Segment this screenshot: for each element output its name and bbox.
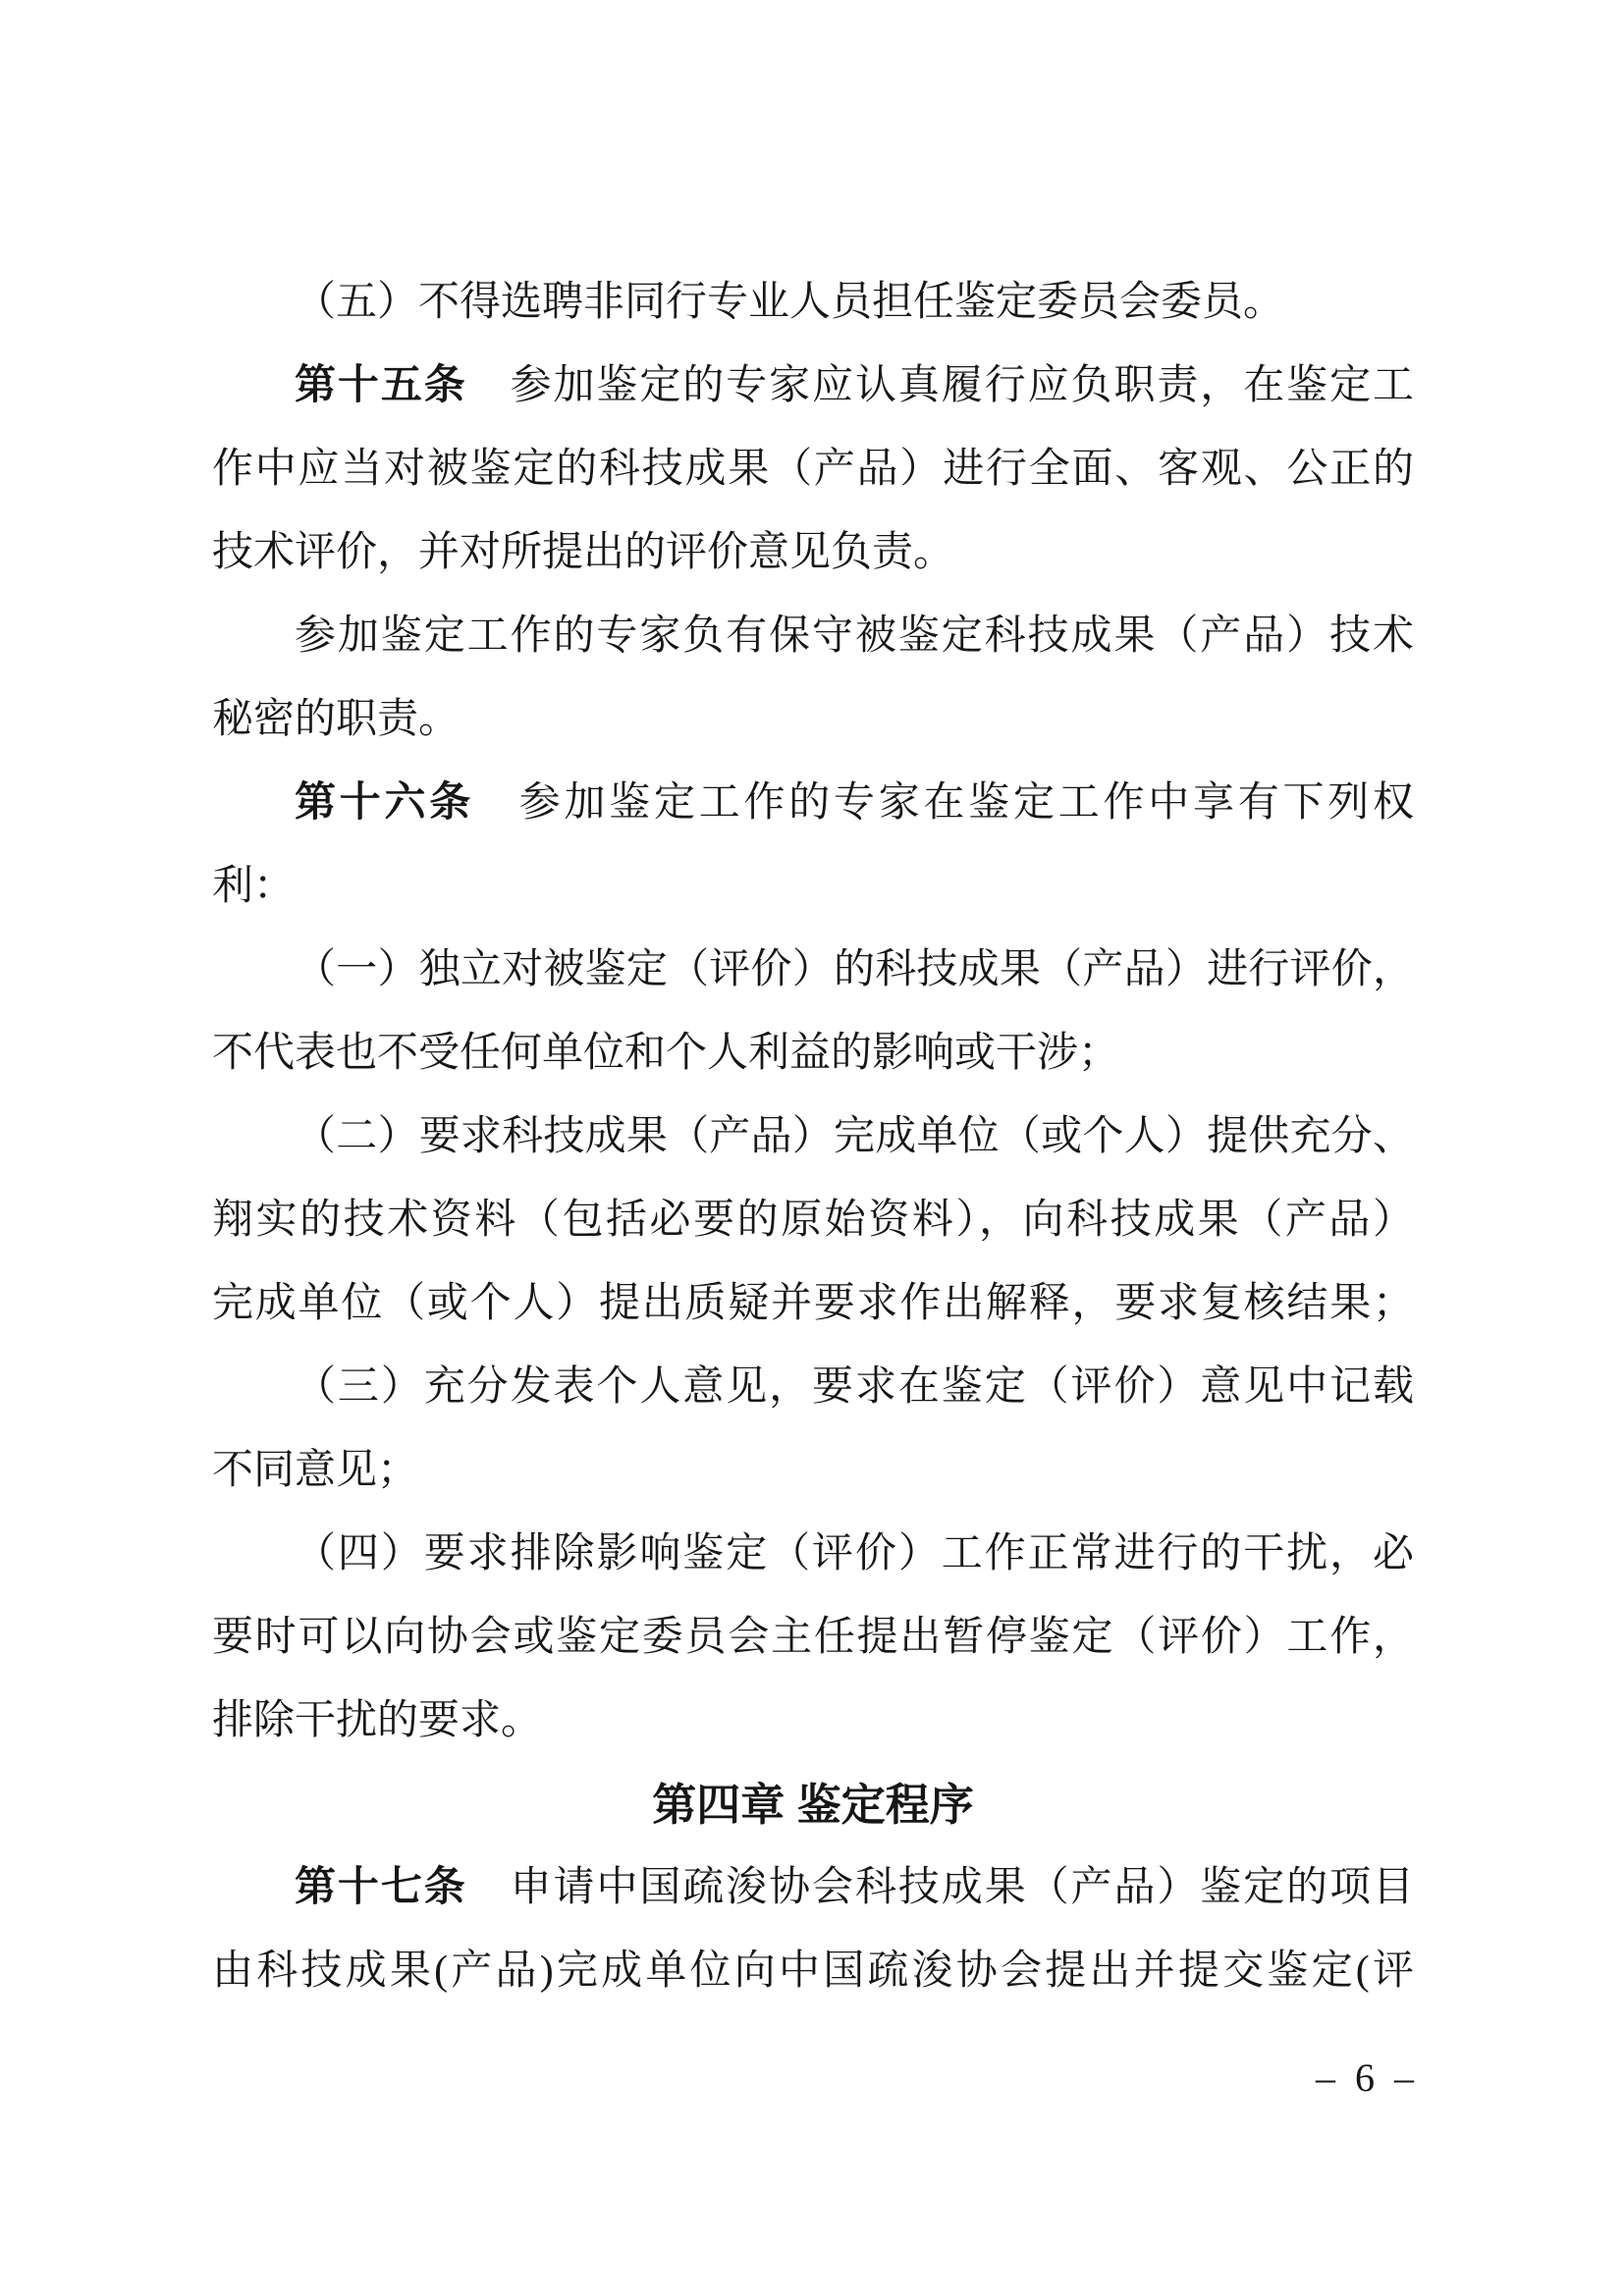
text-line: （三）充分发表个人意见，要求在鉴定（评价）意见中记载 (212, 1346, 1414, 1429)
text-line: 由科技成果(产品)完成单位向中国疏浚协会提出并提交鉴定(评 (212, 1930, 1414, 2013)
text-line: 不代表也不受任何单位和个人利益的影响或干涉； (212, 1012, 1414, 1095)
article-number: 第十五条 (295, 363, 467, 408)
text-line: 完成单位（或个人）提出质疑并要求作出解释，要求复核结果； (212, 1262, 1414, 1346)
document-body: （五）不得选聘非同行专业人员担任鉴定委员会委员。第十五条 参加鉴定的专家应认真履… (212, 261, 1414, 2013)
document-page: （五）不得选聘非同行专业人员担任鉴定委员会委员。第十五条 参加鉴定的专家应认真履… (0, 0, 1624, 2296)
article-number: 第十七条 (295, 1865, 467, 1910)
text-line: 作中应当对被鉴定的科技成果（产品）进行全面、客观、公正的 (212, 428, 1414, 511)
text-line: （五）不得选聘非同行专业人员担任鉴定委员会委员。 (212, 261, 1414, 345)
text-line: 参加鉴定工作的专家负有保守被鉴定科技成果（产品）技术 (212, 595, 1414, 678)
text-line: 第十五条 参加鉴定的专家应认真履行应负职责，在鉴定工 (212, 345, 1414, 428)
text-line: 技术评价，并对所提出的评价意见负责。 (212, 511, 1414, 595)
text-line: 利： (212, 845, 1414, 929)
text-line: 第十七条 申请中国疏浚协会科技成果（产品）鉴定的项目 (212, 1846, 1414, 1930)
article-number: 第十六条 (295, 780, 474, 826)
text-line: （一）独立对被鉴定（评价）的科技成果（产品）进行评价， (212, 929, 1414, 1012)
line-text: 参加鉴定的专家应认真履行应负职责，在鉴定工 (467, 363, 1414, 408)
text-line: 翔实的技术资料（包括必要的原始资料），向科技成果（产品） (212, 1179, 1414, 1262)
text-line: （四）要求排除影响鉴定（评价）工作正常进行的干扰，必 (212, 1513, 1414, 1596)
chapter-heading: 第四章 鉴定程序 (212, 1763, 1414, 1846)
text-line: 第十六条 参加鉴定工作的专家在鉴定工作中享有下列权 (212, 762, 1414, 845)
text-line: 排除干扰的要求。 (212, 1680, 1414, 1763)
text-line: 秘密的职责。 (212, 678, 1414, 762)
line-text: 参加鉴定工作的专家在鉴定工作中享有下列权 (474, 780, 1414, 826)
text-line: 不同意见； (212, 1429, 1414, 1513)
page-number: – 6 – (212, 2054, 1414, 2103)
text-line: 要时可以向协会或鉴定委员会主任提出暂停鉴定（评价）工作， (212, 1596, 1414, 1680)
line-text: 申请中国疏浚协会科技成果（产品）鉴定的项目 (467, 1865, 1414, 1910)
text-line: （二）要求科技成果（产品）完成单位（或个人）提供充分、 (212, 1095, 1414, 1179)
